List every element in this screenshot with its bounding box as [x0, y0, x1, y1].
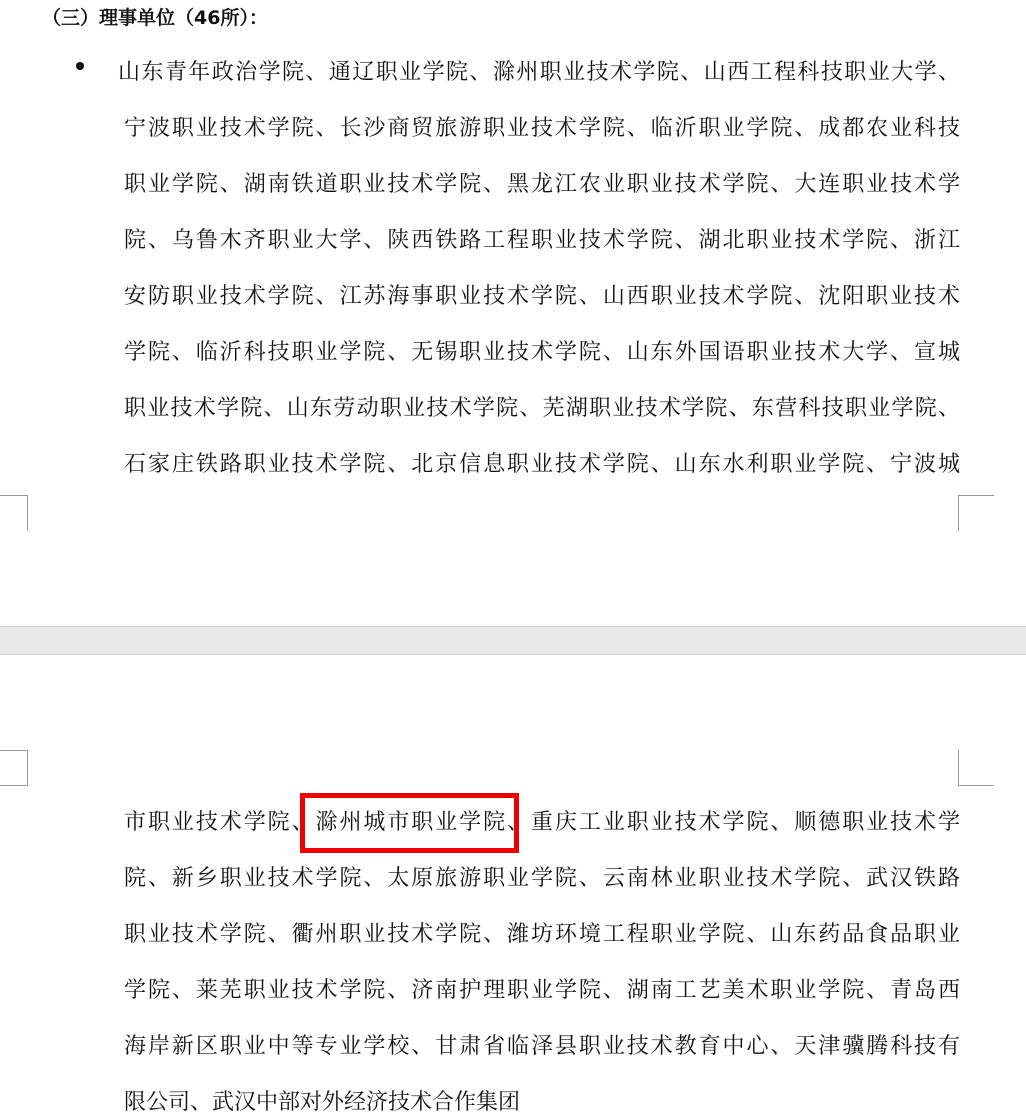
page-margin-corner-bottom-right — [958, 495, 994, 531]
member-list-line: 学院、莱芜职业技术学院、济南护理职业学院、湖南工艺美术职业学院、青岛西 — [124, 976, 960, 1006]
member-list-line: 山东青年政治学院、通辽职业学院、滁州职业技术学院、山西工程科技职业大学、 — [118, 58, 960, 88]
member-list-line: 职业技术学院、山东劳动职业技术学院、芜湖职业技术学院、东营科技职业学院、 — [124, 394, 960, 424]
page-margin-corner-bottom-left — [0, 495, 28, 531]
page-margin-corner-top-left — [0, 750, 28, 786]
member-list-line: 石家庄铁路职业技术学院、北京信息职业技术学院、山东水利职业学院、宁波城 — [124, 450, 960, 480]
document-page-1: （三）理事单位（46所）： 山东青年政治学院、通辽职业学院、滁州职业技术学院、山… — [0, 0, 1026, 626]
member-list-line: 海岸新区职业中等专业学校、甘肃省临泽县职业技术教育中心、天津骥腾科技有 — [124, 1032, 960, 1062]
member-list-line: 院、新乡职业技术学院、太原旅游职业学院、云南林业职业技术学院、武汉铁路 — [124, 864, 960, 894]
member-list-line: 职业技术学院、衢州职业技术学院、潍坊环境工程职业学院、山东药品食品职业 — [124, 920, 960, 950]
member-list-line: 院、乌鲁木齐职业大学、陕西铁路工程职业技术学院、湖北职业技术学院、浙江 — [124, 226, 960, 256]
member-list-line: 安防职业技术学院、江苏海事职业技术学院、山西职业技术学院、沈阳职业技术 — [124, 282, 960, 312]
page-margin-corner-top-right — [958, 750, 994, 786]
bullet-icon — [76, 62, 84, 70]
member-list-line: 市职业技术学院、滁州城市职业学院、重庆工业职业技术学院、顺德职业技术学 — [124, 808, 960, 838]
page-break-gap — [0, 626, 1026, 655]
member-list-line: 职业学院、湖南铁道职业技术学院、黑龙江农业职业技术学院、大连职业技术学 — [124, 170, 960, 200]
member-list-line: 限公司、武汉中部对外经济技术合作集团 — [124, 1088, 960, 1118]
member-list-line: 宁波职业技术学院、长沙商贸旅游职业技术学院、临沂职业学院、成都农业科技 — [124, 114, 960, 144]
section-heading: （三）理事单位（46所）： — [42, 4, 268, 32]
member-list-line: 学院、临沂科技职业学院、无锡职业技术学院、山东外国语职业技术大学、宣城 — [124, 338, 960, 368]
